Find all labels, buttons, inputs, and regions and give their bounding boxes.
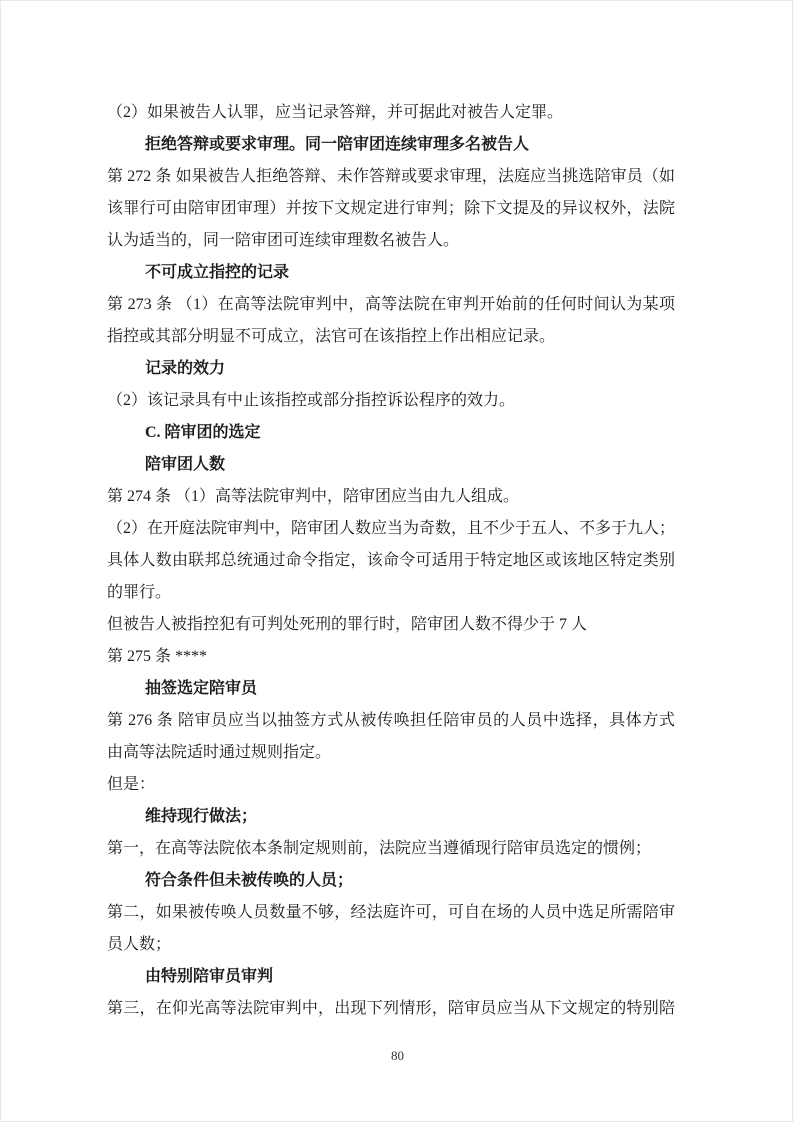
heading-line: 抽签选定陪审员: [107, 673, 675, 705]
heading-line: 符合条件但未被传唤的人员；: [107, 865, 675, 897]
text-line: 但是：: [107, 769, 675, 801]
document-body: （2）如果被告人认罪，应当记录答辩，并可据此对被告人定罪。拒绝答辩或要求审理。同…: [107, 97, 675, 1025]
text-line: 第一，在高等法院依本条制定规则前，法院应当遵循现行陪审员选定的惯例；: [107, 833, 675, 865]
heading-line: 拒绝答辩或要求审理。同一陪审团连续审理多名被告人: [107, 129, 675, 161]
text-line: 员人数；: [107, 929, 675, 961]
text-line: （2）在开庭法院审判中，陪审团人数应当为奇数，且不少于五人、不多于九人；: [107, 513, 675, 545]
heading-line: 不可成立指控的记录: [107, 257, 675, 289]
text-line: 但被告人被指控犯有可判处死刑的罪行时，陪审团人数不得少于 7 人: [107, 609, 675, 641]
heading-line: 陪审团人数: [107, 449, 675, 481]
heading-line: 维持现行做法；: [107, 801, 675, 833]
text-line: 具体人数由联邦总统通过命令指定，该命令可适用于特定地区或该地区特定类别: [107, 545, 675, 577]
text-line: 该罪行可由陪审团审理）并按下文规定进行审判；除下文提及的异议权外，法院: [107, 193, 675, 225]
text-line: 第 273 条 （1）在高等法院审判中，高等法院在审判开始前的任何时间认为某项: [107, 289, 675, 321]
text-line: 第 276 条 陪审员应当以抽签方式从被传唤担任陪审员的人员中选择，具体方式: [107, 705, 675, 737]
text-line: 第二，如果被传唤人员数量不够，经法庭许可，可自在场的人员中选足所需陪审: [107, 897, 675, 929]
text-line: 第三，在仰光高等法院审判中，出现下列情形，陪审员应当从下文规定的特别陪: [107, 993, 675, 1025]
document-page: （2）如果被告人认罪，应当记录答辩，并可据此对被告人定罪。拒绝答辩或要求审理。同…: [0, 0, 793, 1122]
heading-line: 记录的效力: [107, 353, 675, 385]
text-line: （2）该记录具有中止该指控或部分指控诉讼程序的效力。: [107, 385, 675, 417]
text-line: 的罪行。: [107, 577, 675, 609]
heading-line: C. 陪审团的选定: [107, 417, 675, 449]
text-line: （2）如果被告人认罪，应当记录答辩，并可据此对被告人定罪。: [107, 97, 675, 129]
text-line: 指控或其部分明显不可成立，法官可在该指控上作出相应记录。: [107, 321, 675, 353]
heading-line: 由特别陪审员审判: [107, 961, 675, 993]
text-line: 第 275 条 ****: [107, 641, 675, 673]
page-number: 80: [1, 1047, 793, 1065]
text-line: 第 272 条 如果被告人拒绝答辩、未作答辩或要求审理，法庭应当挑选陪审员（如: [107, 161, 675, 193]
text-line: 认为适当的，同一陪审团可连续审理数名被告人。: [107, 225, 675, 257]
text-line: 由高等法院适时通过规则指定。: [107, 737, 675, 769]
text-line: 第 274 条 （1）高等法院审判中，陪审团应当由九人组成。: [107, 481, 675, 513]
